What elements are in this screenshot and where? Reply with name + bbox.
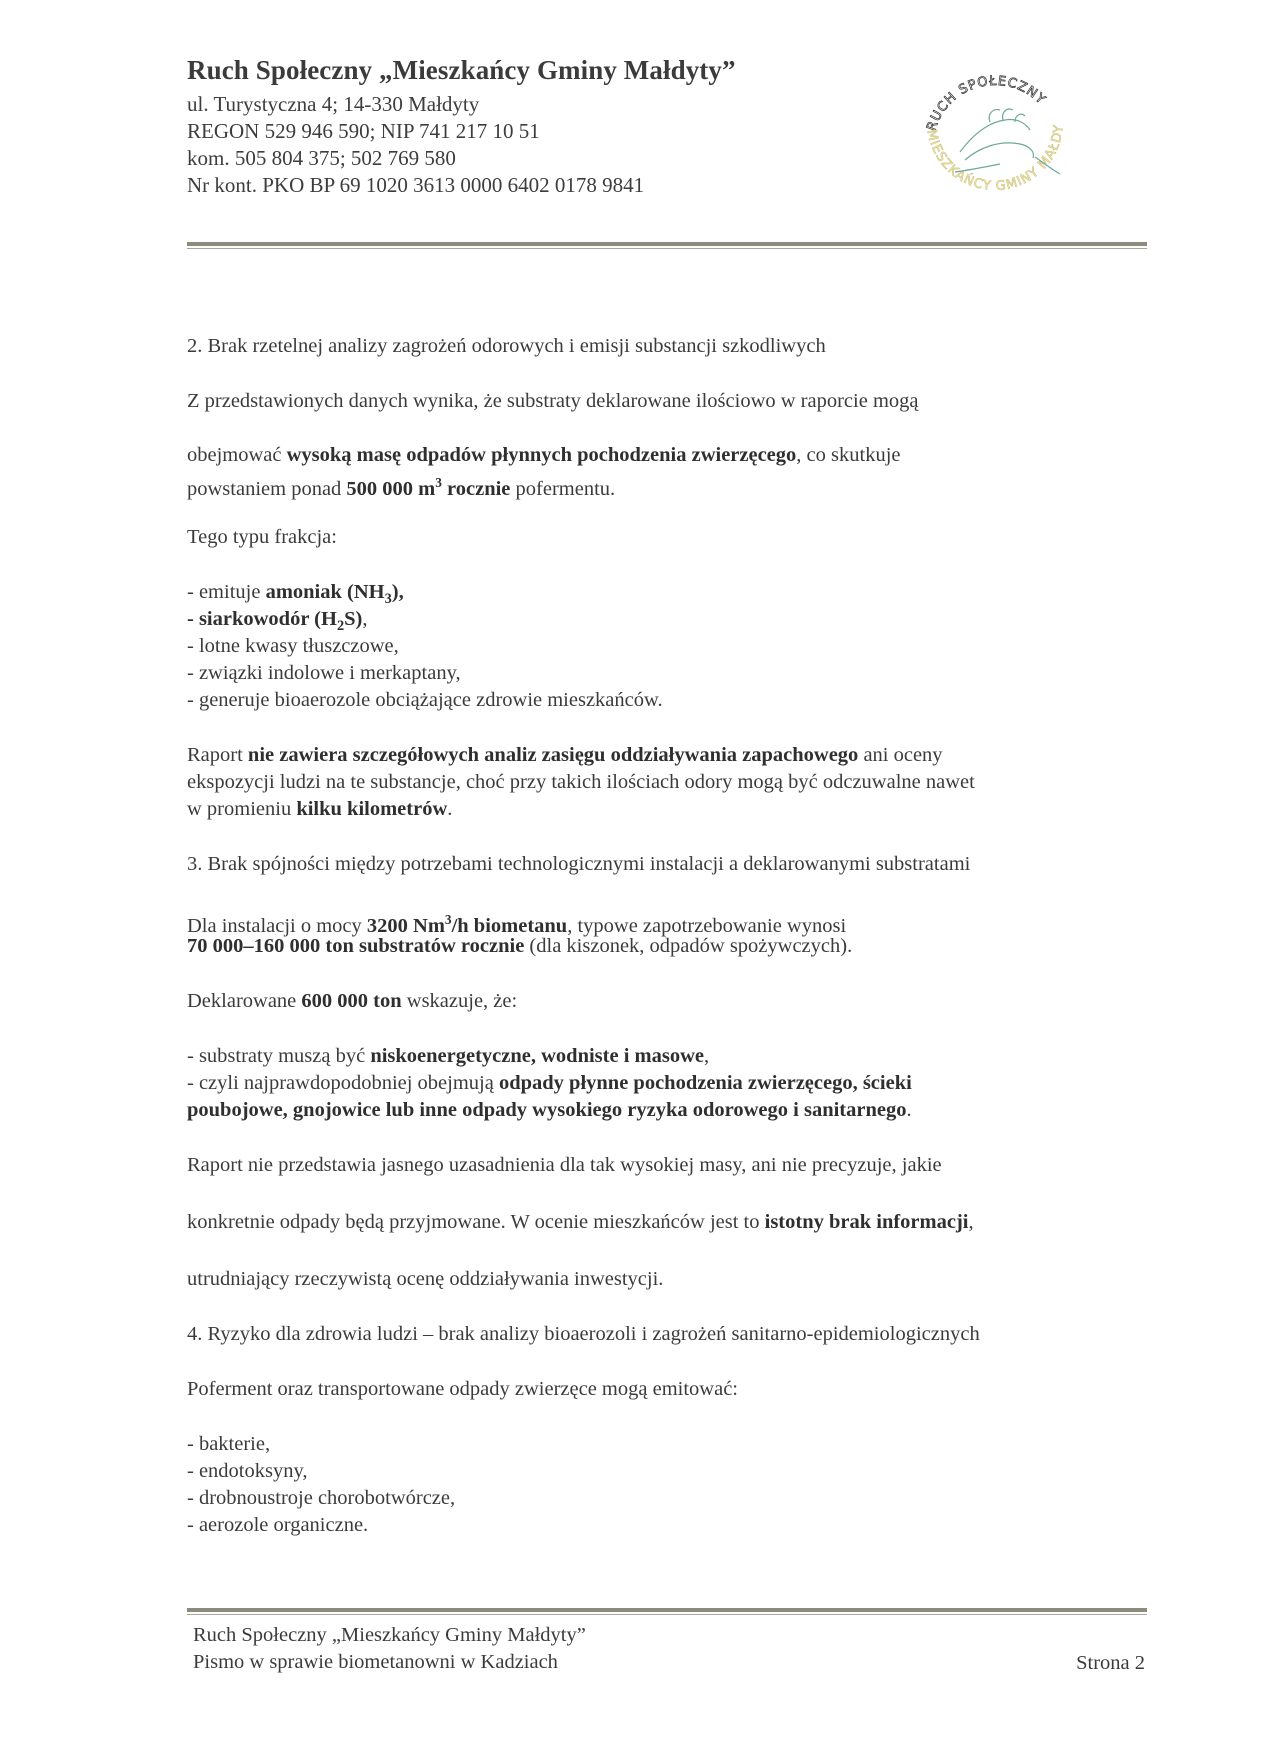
- section-2-intro: Tego typu frakcja:: [187, 524, 1147, 551]
- list-item: - związki indolowe i merkaptany,: [187, 660, 1147, 687]
- section-2-paragraph: w promieniu kilku kilometrów.: [187, 796, 1147, 823]
- footer-divider: [187, 1608, 1147, 1612]
- section-2-title: 2. Brak rzetelnej analizy zagrożeń odoro…: [187, 333, 1147, 360]
- section-3-title: 3. Brak spójności między potrzebami tech…: [187, 851, 1147, 878]
- footer-org-name: Ruch Społeczny „Mieszkańcy Gminy Małdyty…: [193, 1622, 586, 1649]
- page-number: Strona 2: [1076, 1652, 1145, 1675]
- regon-nip: REGON 529 946 590; NIP 741 217 10 51: [187, 119, 540, 144]
- section-2-paragraph: Z przedstawionych danych wynika, że subs…: [187, 388, 1147, 415]
- list-item-continuation: poubojowe, gnojowice lub inne odpady wys…: [187, 1097, 1147, 1124]
- section-2-paragraph: obejmować wysoką masę odpadów płynnych p…: [187, 442, 1147, 469]
- section-3-paragraph: Raport nie przedstawia jasnego uzasadnie…: [187, 1152, 1147, 1179]
- list-item: - czyli najprawdopodobniej obejmują odpa…: [187, 1070, 1147, 1097]
- list-item: - generuje bioaerozole obciążające zdrow…: [187, 687, 1147, 714]
- phone-numbers: kom. 505 804 375; 502 769 580: [187, 146, 456, 171]
- section-2-paragraph: Raport nie zawiera szczegółowych analiz …: [187, 742, 1147, 769]
- section-3-paragraph: 70 000–160 000 ton substratów rocznie (d…: [187, 933, 1147, 960]
- section-4-paragraph: Poferment oraz transportowane odpady zwi…: [187, 1376, 1147, 1403]
- section-3-paragraph: Deklarowane 600 000 ton wskazuje, że:: [187, 988, 1147, 1015]
- list-item: - drobnoustroje chorobotwórcze,: [187, 1485, 1147, 1512]
- list-item: - lotne kwasy tłuszczowe,: [187, 633, 1147, 660]
- organization-name: Ruch Społeczny „Mieszkańcy Gminy Małdyty…: [187, 55, 736, 86]
- footer-divider-thin: [187, 1614, 1147, 1615]
- footer-letter-subject: Pismo w sprawie biometanowni w Kadziach: [193, 1649, 558, 1676]
- address: ul. Turystyczna 4; 14-330 Małdyty: [187, 92, 479, 117]
- list-item: - substraty muszą być niskoenergetyczne,…: [187, 1043, 1147, 1070]
- section-2-paragraph: powstaniem ponad 500 000 m3 rocznie pofe…: [187, 469, 1147, 503]
- organization-logo: RUCH SPOŁECZNY MIESZKAŃCY GMINY MAŁDYTY: [905, 52, 1085, 222]
- section-4-title: 4. Ryzyko dla zdrowia ludzi – brak anali…: [187, 1321, 1147, 1348]
- handshake-emblem-icon: RUCH SPOŁECZNY MIESZKAŃCY GMINY MAŁDYTY: [905, 52, 1085, 222]
- section-2-paragraph: ekspozycji ludzi na te substancje, choć …: [187, 769, 1147, 796]
- svg-text:RUCH SPOŁECZNY: RUCH SPOŁECZNY: [924, 74, 1048, 133]
- bank-account: Nr kont. PKO BP 69 1020 3613 0000 6402 0…: [187, 173, 644, 198]
- header-divider: [187, 242, 1147, 246]
- section-3-paragraph: konkretnie odpady będą przyjmowane. W oc…: [187, 1209, 1147, 1236]
- list-item: - endotoksyny,: [187, 1458, 1147, 1485]
- list-item: - bakterie,: [187, 1431, 1147, 1458]
- header-divider-thin: [187, 248, 1147, 249]
- list-item: - aerozole organiczne.: [187, 1512, 1147, 1539]
- section-3-paragraph: utrudniający rzeczywistą ocenę oddziaływ…: [187, 1266, 1147, 1293]
